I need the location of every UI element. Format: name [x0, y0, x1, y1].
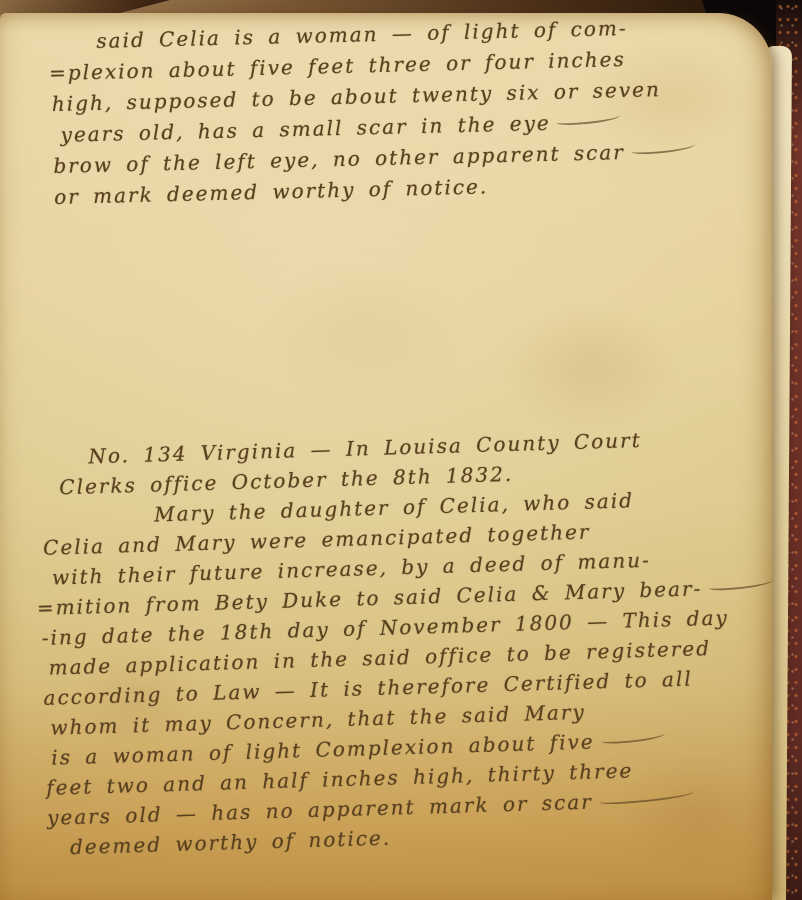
register-entry-mary: No. 134 Virginia — In Louisa County Cour…	[34, 421, 780, 863]
paper-stain	[250, 263, 470, 403]
paper-stain	[500, 303, 680, 433]
manuscript-page: said Celia is a woman — of light of com-…	[0, 13, 772, 900]
photograph-frame: said Celia is a woman — of light of com-…	[0, 0, 802, 900]
register-entry-celia: said Celia is a woman — of light of com-…	[50, 11, 696, 213]
